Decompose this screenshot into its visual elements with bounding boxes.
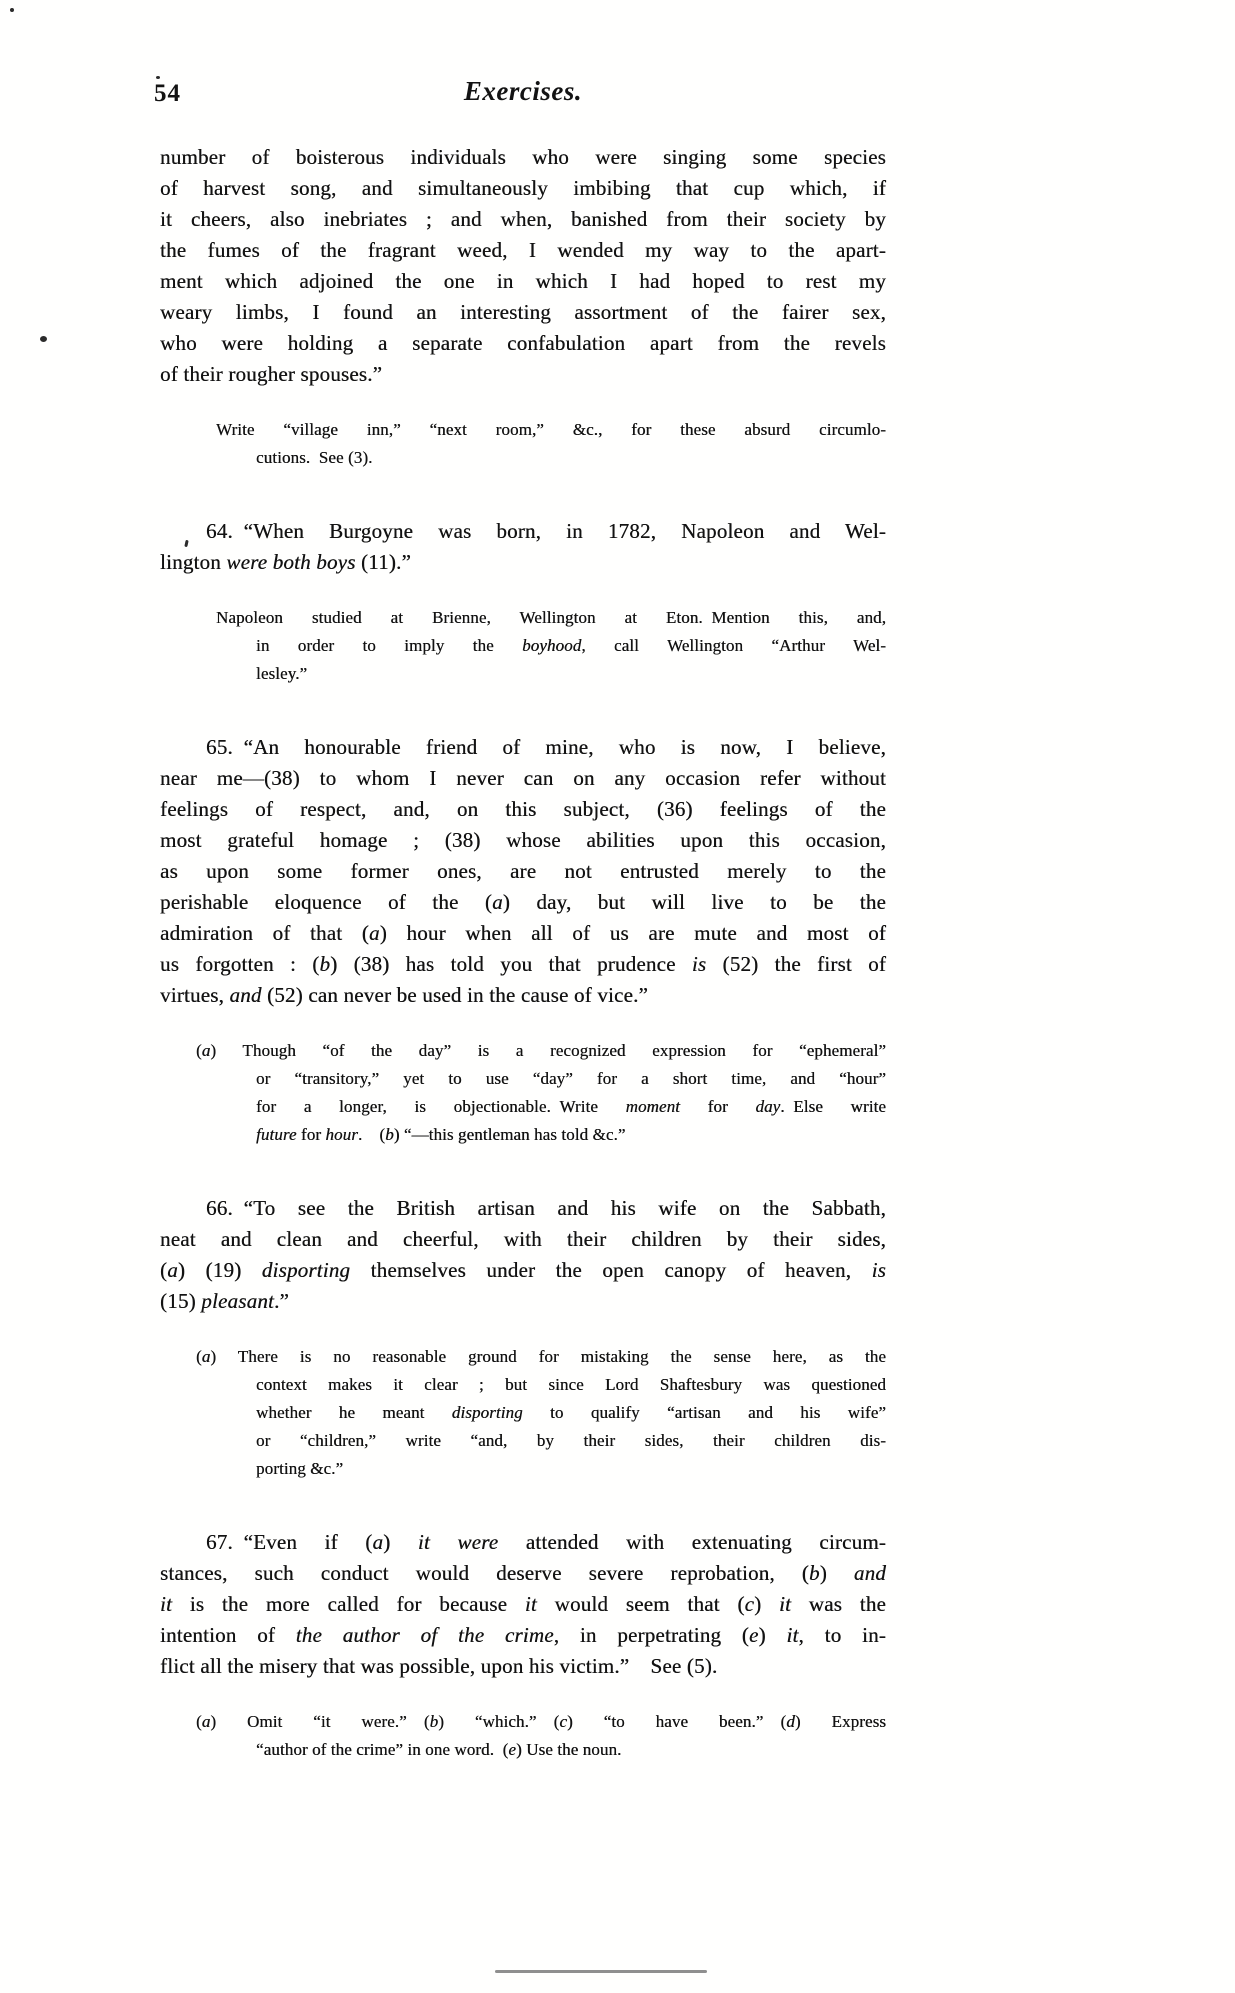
text-line: number of boisterous individuals who wer…: [160, 142, 886, 173]
text-line: lesley.”: [256, 660, 886, 688]
exercise-66: 66. “To see the British artisan and his …: [160, 1193, 886, 1317]
running-title: Exercises.: [160, 76, 886, 107]
text-line: context makes it clear ; but since Lord …: [256, 1371, 886, 1399]
text-line: (a) (19) disporting themselves under the…: [160, 1255, 886, 1286]
text-line: feelings of respect, and, on this subjec…: [160, 794, 886, 825]
text-line: (a) Though “of the day” is a recognized …: [196, 1037, 886, 1065]
text-line: 64. “When Burgoyne was born, in 1782, Na…: [206, 516, 886, 547]
exercise-64: 64. “When Burgoyne was born, in 1782, Na…: [160, 516, 886, 578]
text-line: of their rougher spouses.”: [160, 359, 886, 390]
text-line: weary limbs, I found an interesting asso…: [160, 297, 886, 328]
text-line: (a) There is no reasonable ground for mi…: [196, 1343, 886, 1371]
text-line: of harvest song, and simultaneously imbi…: [160, 173, 886, 204]
text-line: admiration of that (a) hour when all of …: [160, 918, 886, 949]
text-line: 67. “Even if (a) it were attended with e…: [206, 1527, 886, 1558]
text-line: in order to imply the boyhood, call Well…: [256, 632, 886, 660]
text-line: stances, such conduct would deserve seve…: [160, 1558, 886, 1589]
continued-paragraph: number of boisterous individuals who wer…: [160, 142, 886, 390]
text-line: Napoleon studied at Brienne, Wellington …: [216, 604, 886, 632]
note-circumlocutions: Write “village inn,” “next room,” &c., f…: [160, 416, 886, 472]
note-exercise-65: (a) Though “of the day” is a recognized …: [160, 1037, 886, 1149]
text-line: virtues, and (52) can never be used in t…: [160, 980, 886, 1011]
text-line: 66. “To see the British artisan and his …: [206, 1193, 886, 1224]
book-page: 54 Exercises. number of boisterous indiv…: [0, 0, 1235, 1993]
text-line: future for hour. (b) “—this gentleman ha…: [256, 1121, 886, 1149]
text-line: or “transitory,” yet to use “day” for a …: [256, 1065, 886, 1093]
text-line: ment which adjoined the one in which I h…: [160, 266, 886, 297]
text-line: as upon some former ones, are not entrus…: [160, 856, 886, 887]
text-line: us forgotten : (b) (38) has told you tha…: [160, 949, 886, 980]
page-header: 54 Exercises.: [160, 76, 886, 116]
text-line: cutions. See (3).: [256, 444, 886, 472]
note-exercise-64: Napoleon studied at Brienne, Wellington …: [160, 604, 886, 688]
text-line: it is the more called for because it wou…: [160, 1589, 886, 1620]
text-line: most grateful homage ; (38) whose abilit…: [160, 825, 886, 856]
text-line: whether he meant disporting to qualify “…: [256, 1399, 886, 1427]
text-line: the fumes of the fragrant weed, I wended…: [160, 235, 886, 266]
scan-artifact-line: [495, 1970, 707, 1973]
text-line: it cheers, also inebriates ; and when, b…: [160, 204, 886, 235]
text-line: who were holding a separate confabulatio…: [160, 328, 886, 359]
text-line: for a longer, is objectionable. Write mo…: [256, 1093, 886, 1121]
text-line: lington were both boys (11).”: [160, 547, 886, 578]
note-exercise-66: (a) There is no reasonable ground for mi…: [160, 1343, 886, 1483]
text-line: or “children,” write “and, by their side…: [256, 1427, 886, 1455]
exercise-65: 65. “An honourable friend of mine, who i…: [160, 732, 886, 1011]
exercise-67: 67. “Even if (a) it were attended with e…: [160, 1527, 886, 1682]
ink-speck: [10, 8, 14, 12]
page-content: number of boisterous individuals who wer…: [160, 142, 886, 1790]
page-number: 54: [154, 80, 181, 108]
text-line: near me—(38) to whom I never can on any …: [160, 763, 886, 794]
text-line: porting &c.”: [256, 1455, 886, 1483]
text-line: perishable eloquence of the (a) day, but…: [160, 887, 886, 918]
text-line: flict all the misery that was possible, …: [160, 1651, 886, 1682]
text-line: intention of the author of the crime, in…: [160, 1620, 886, 1651]
text-line: “author of the crime” in one word. (e) U…: [256, 1736, 886, 1764]
text-line: (15) pleasant.”: [160, 1286, 886, 1317]
text-line: 65. “An honourable friend of mine, who i…: [206, 732, 886, 763]
text-line: neat and clean and cheerful, with their …: [160, 1224, 886, 1255]
note-exercise-67: (a) Omit “it were.” (b) “which.” (c) “to…: [160, 1708, 886, 1764]
ink-speck: [40, 336, 47, 342]
text-line: (a) Omit “it were.” (b) “which.” (c) “to…: [196, 1708, 886, 1736]
text-line: Write “village inn,” “next room,” &c., f…: [216, 416, 886, 444]
